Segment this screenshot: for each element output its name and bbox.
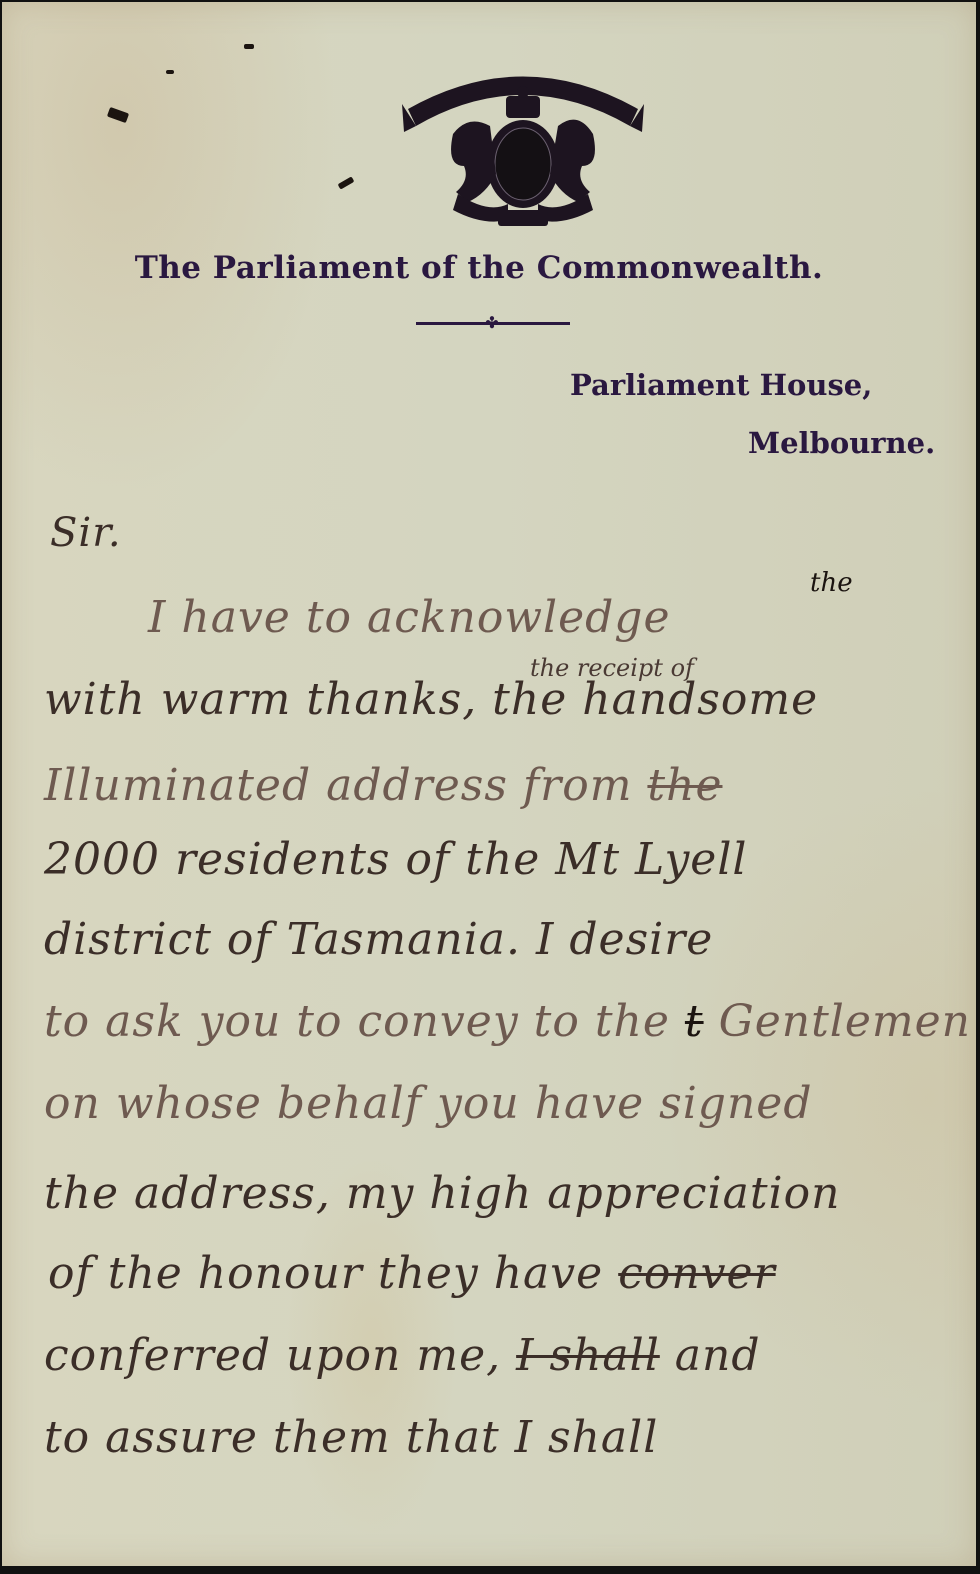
- letter-page: The Parliament of the Commonwealth. ✤ Pa…: [2, 2, 976, 1566]
- ink-blot: [166, 70, 174, 74]
- ink-blot: [107, 107, 129, 123]
- address-line-2: Melbourne.: [748, 426, 935, 460]
- line-6: to ask you to convey to the t Gentlemen: [44, 996, 971, 1047]
- line-1: I have to acknowledge: [148, 592, 671, 643]
- address-line-1: Parliament House,: [570, 368, 872, 402]
- line-5: district of Tasmania. I desire: [44, 914, 713, 965]
- line-4: 2000 residents of the Mt Lyell: [44, 834, 748, 885]
- ink-blot: [338, 176, 355, 189]
- line-3: Illuminated address from the: [44, 760, 722, 811]
- line-10: conferred upon me, I shall and: [44, 1330, 761, 1381]
- salutation: Sir.: [50, 510, 122, 556]
- letterhead-title: The Parliament of the Commonwealth.: [2, 250, 976, 286]
- line-7: on whose behalf you have signed: [44, 1078, 813, 1129]
- line-8: the address, my high appreciation: [44, 1168, 840, 1219]
- ink-blot: [244, 44, 254, 49]
- line-2: with warm thanks, the handsome: [44, 674, 818, 725]
- struck-word: conver: [618, 1248, 775, 1299]
- struck-word: I shall: [516, 1330, 660, 1381]
- royal-coat-of-arms-icon: [398, 54, 648, 234]
- struck-word: the: [647, 760, 722, 811]
- struck-word: t: [685, 996, 704, 1047]
- rule-ornament-icon: ✤: [484, 315, 500, 331]
- line-11: to assure them that I shall: [44, 1412, 658, 1463]
- line-9: of the honour they have conver: [48, 1248, 776, 1299]
- insert-the: the: [810, 568, 853, 598]
